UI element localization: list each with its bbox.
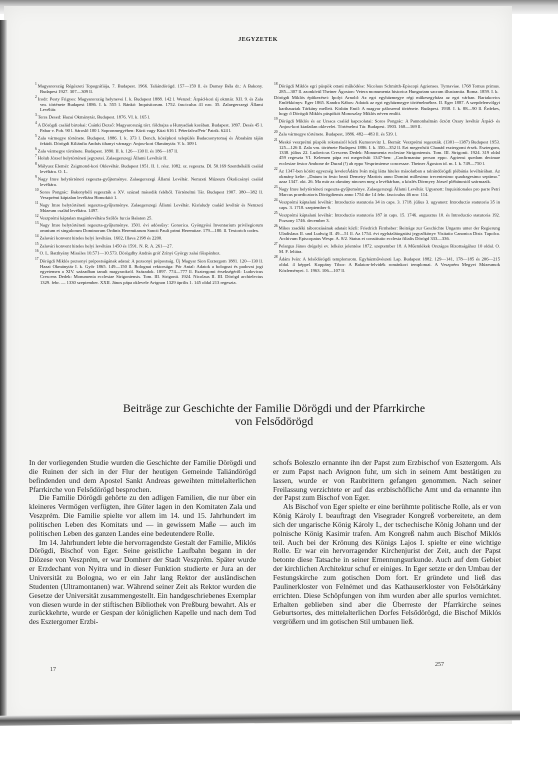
paragraph: In der vorliegenden Studie wurden die Ge…: [29, 459, 256, 494]
binding-shadow: [0, 20, 7, 720]
footnote-text: Mályusz Elemér: Zsigmond-kori Oklevéltár…: [38, 163, 263, 173]
footnote-text: Zalavári konvent hiteles helyi levéltára…: [40, 236, 163, 241]
footnote-text: Veszprémi káptalan magánlevéltára Szőlős…: [40, 215, 153, 220]
footnote-text: Zala vármegye története. Budapest, 1886.…: [279, 132, 398, 137]
summary-right-column: schofs Boleszlo ernannte ihn der Papst z…: [273, 459, 501, 627]
footnote-number: 1: [35, 82, 37, 86]
footnote: 13Nagy Imre helytörténeti regeszta-gyűjt…: [35, 221, 263, 233]
footnote-text: Dörögdi Miklós és az Ursaca család kapcs…: [279, 119, 500, 129]
footnote-text: Veszprémi káptalani levéltár: Introducti…: [279, 200, 500, 210]
footnote: 11Nagy Imre helytörténeti regeszta-gyűjt…: [35, 201, 263, 213]
book-page: JEGYZETEK 1Magyarország Régészeti Topogr…: [4, 6, 512, 724]
footnote-number: 16: [35, 249, 39, 253]
footnote-text: Terra Desed: Hazai Okmánytár, Budapest. …: [38, 115, 150, 120]
footnote-number: 9: [35, 175, 37, 179]
footnote-text: Zala vármegye története. Budapest, 1886.…: [38, 135, 263, 145]
footnotes-right-column: 18Dörögdi Miklós egri püspök ottani műkö…: [274, 82, 500, 274]
footnote-number: 5: [35, 134, 37, 138]
footnote: 9Nagy Imre helytörténeti regeszta-gyűjte…: [35, 175, 263, 187]
footnote-number: 25: [274, 211, 278, 215]
footnote-text: Zalavári konvent hiteles helyi levéltára…: [40, 243, 173, 248]
footnote-text: Nagy Imre helytörténeti regeszta-gyűjtem…: [279, 187, 500, 197]
paragraph: Als Bischof von Eger spielte er eine ber…: [273, 503, 501, 627]
footnote-number: 22: [274, 167, 278, 171]
article-title-line-2: von Felsődörögd: [44, 415, 504, 428]
footnote: 1Magyarország Régészeti Topográfiája, 7.…: [35, 82, 263, 94]
article-title-line-1: Beiträge zur Geschichte der Familie Dörö…: [44, 402, 504, 415]
signature-mark: 17: [50, 667, 56, 673]
paragraph: Die Familie Dörögdi gehörte zu den adlig…: [29, 494, 256, 538]
footnote: 24Veszprémi káptalani levéltár: Introduc…: [274, 198, 500, 210]
footnote-number: 4: [35, 121, 37, 125]
footnote: 16O. L. Batthyány Missiles 10.571—10.573…: [35, 249, 263, 256]
footnote: 22Az 1347-ben kötött egyezség leveletÁdá…: [274, 167, 500, 185]
footnote-number: 26: [274, 224, 278, 228]
footnote: 17Dörögdi Miklós pozsonyi prépostságának…: [35, 257, 263, 286]
page-number: 257: [435, 662, 444, 668]
footnote-number: 27: [274, 242, 278, 246]
footnote-text: Az 1347-ben kötött egyezség leveletÁdám …: [279, 168, 500, 184]
footnote-number: 7: [35, 154, 37, 158]
footnote-number: 19: [274, 117, 278, 121]
footnote-number: 10: [35, 188, 39, 192]
footnote-text: Soros Pongrác: Bakonybéli regeszták a XV…: [40, 189, 263, 199]
footnote: 26Mikes zsadéki táborozásának adatait kö…: [274, 224, 500, 242]
footnote-text: Mikes zsadéki táborozásának adatait közl…: [279, 225, 500, 241]
footnote-text: Veszprémi káptalani levéltár: Introducti…: [279, 213, 500, 223]
footnote: 19Dörögdi Miklós és az Ursaca család kap…: [274, 117, 500, 129]
footnote: 6Zala vármegye története. Budapest. 1890…: [35, 147, 263, 154]
paragraph: schofs Boleszlo ernannte ihn der Papst z…: [273, 459, 501, 503]
footnote-text: O. L. Batthyány Missiles 10.571—10.573. …: [40, 251, 221, 256]
footnote-number: 11: [35, 201, 38, 205]
footnote-text: Meskó veszprémi püspök rokonairól közli …: [279, 139, 500, 166]
footnote-number: 20: [274, 130, 278, 134]
footnote-number: 8: [35, 162, 37, 166]
footnote-number: 14: [35, 234, 39, 238]
footnote-number: 28: [274, 255, 278, 259]
notes-heading: JEGYZETEK: [4, 37, 512, 43]
footnote-text: Pelargus János drégelyi ev. lelkész jele…: [279, 244, 500, 254]
footnote-number: 23: [274, 185, 278, 189]
footnote-text: Ádám Iván: A felsődörögdi templomrom. Eg…: [279, 257, 500, 273]
summary-left-column: In der vorliegenden Studie wurden die Ge…: [29, 459, 256, 627]
footnote-text: Zala vármegye története. Budapest. 1890.…: [38, 148, 178, 153]
footnote-number: 13: [35, 221, 39, 225]
footnote-number: 6: [35, 147, 37, 151]
footnote: 2Irodr: Pesty Frigyes: Magyarország hely…: [35, 95, 263, 113]
footnote: 20Zala vármegye története. Budapest, 188…: [274, 130, 500, 137]
footnotes-left-column: 1Magyarország Régészeti Topográfiája, 7.…: [35, 82, 263, 286]
footnote-text: Magyarország Régészeti Topográfiája, 7. …: [38, 84, 263, 94]
footnote: 12Veszprémi káptalan magánlevéltára Szől…: [35, 214, 263, 221]
footnote: 5Zala vármegye története. Budapest, 1886…: [35, 134, 263, 146]
footnote-text: Holub József helytörténeti jegyzetei. Za…: [38, 156, 168, 161]
footnote: 3Terra Desed: Hazai Okmánytár, Budapest.…: [35, 113, 263, 120]
footnote-text: Nagy Imre helytörténeti regeszta-gyűjtem…: [39, 202, 263, 212]
footnote: 4A Dörögdi család birtokai: Csánki Dezső…: [35, 121, 263, 133]
footnote-number: 24: [274, 198, 278, 202]
footnote: 23Nagy Imre helytörténeti regeszta-gyűjt…: [274, 185, 500, 197]
footnote-number: 21: [274, 138, 278, 142]
footnote-text: A Dörögdi család birtokai: Csánki Dezső:…: [38, 122, 263, 132]
footnote-text: Dörögdi Miklós pozsonyi prépostságának a…: [40, 258, 263, 285]
footnote: 15Zalavári konvent hiteles helyi levéltá…: [35, 242, 263, 249]
footnote-number: 12: [35, 214, 39, 218]
footnote-number: 3: [35, 113, 37, 117]
footnote: 25Veszprémi káptalani levéltár: Introduc…: [274, 211, 500, 223]
footnote: 27Pelargus János drégelyi ev. lelkész je…: [274, 242, 500, 254]
footnote: Dörögdi Miklós építkezései: Ipolyi Arnol…: [274, 95, 500, 117]
footnote: 10Soros Pongrác: Bakonybéli regeszták a …: [35, 188, 263, 200]
footnote: 14Zalavári konvent hiteles helyi levéltá…: [35, 234, 263, 241]
footnote: 28Ádám Iván: A felsődörögdi templomrom. …: [274, 255, 500, 273]
footnote-number: 2: [35, 95, 37, 99]
footnote-text: Nagy Imre helytörténeti regeszta-gyűjtem…: [40, 223, 263, 233]
article-title: Beiträge zur Geschichte der Familie Dörö…: [44, 402, 504, 428]
footnote-number: 18: [274, 82, 278, 86]
footnote: 7Holub József helytörténeti jegyzetei. Z…: [35, 154, 263, 161]
footnote-text: Nagy Imre helytörténeti regeszta-gyűjtem…: [38, 176, 263, 186]
footnote-number: 15: [35, 242, 39, 246]
footnote-text: Dörögdi Miklós építkezései: Ipolyi Arnol…: [274, 95, 500, 116]
paragraph: Im 14. Jahrhundert lebte die hervorragen…: [29, 539, 256, 627]
footnote: 21Meskó veszprémi püspök rokonairól közl…: [274, 138, 500, 167]
footnote-number: 17: [35, 257, 39, 261]
footnote: 8Mályusz Elemér: Zsigmond-kori Oklevéltá…: [35, 162, 263, 174]
footnote-text: Dörögdi Miklós egri püspök ottani működé…: [279, 84, 500, 94]
footnote: 18Dörögdi Miklós egri püspök ottani műkö…: [274, 82, 500, 94]
footnote-text: Irodr: Pesty Frigyes: Magyarország helyn…: [38, 96, 263, 112]
